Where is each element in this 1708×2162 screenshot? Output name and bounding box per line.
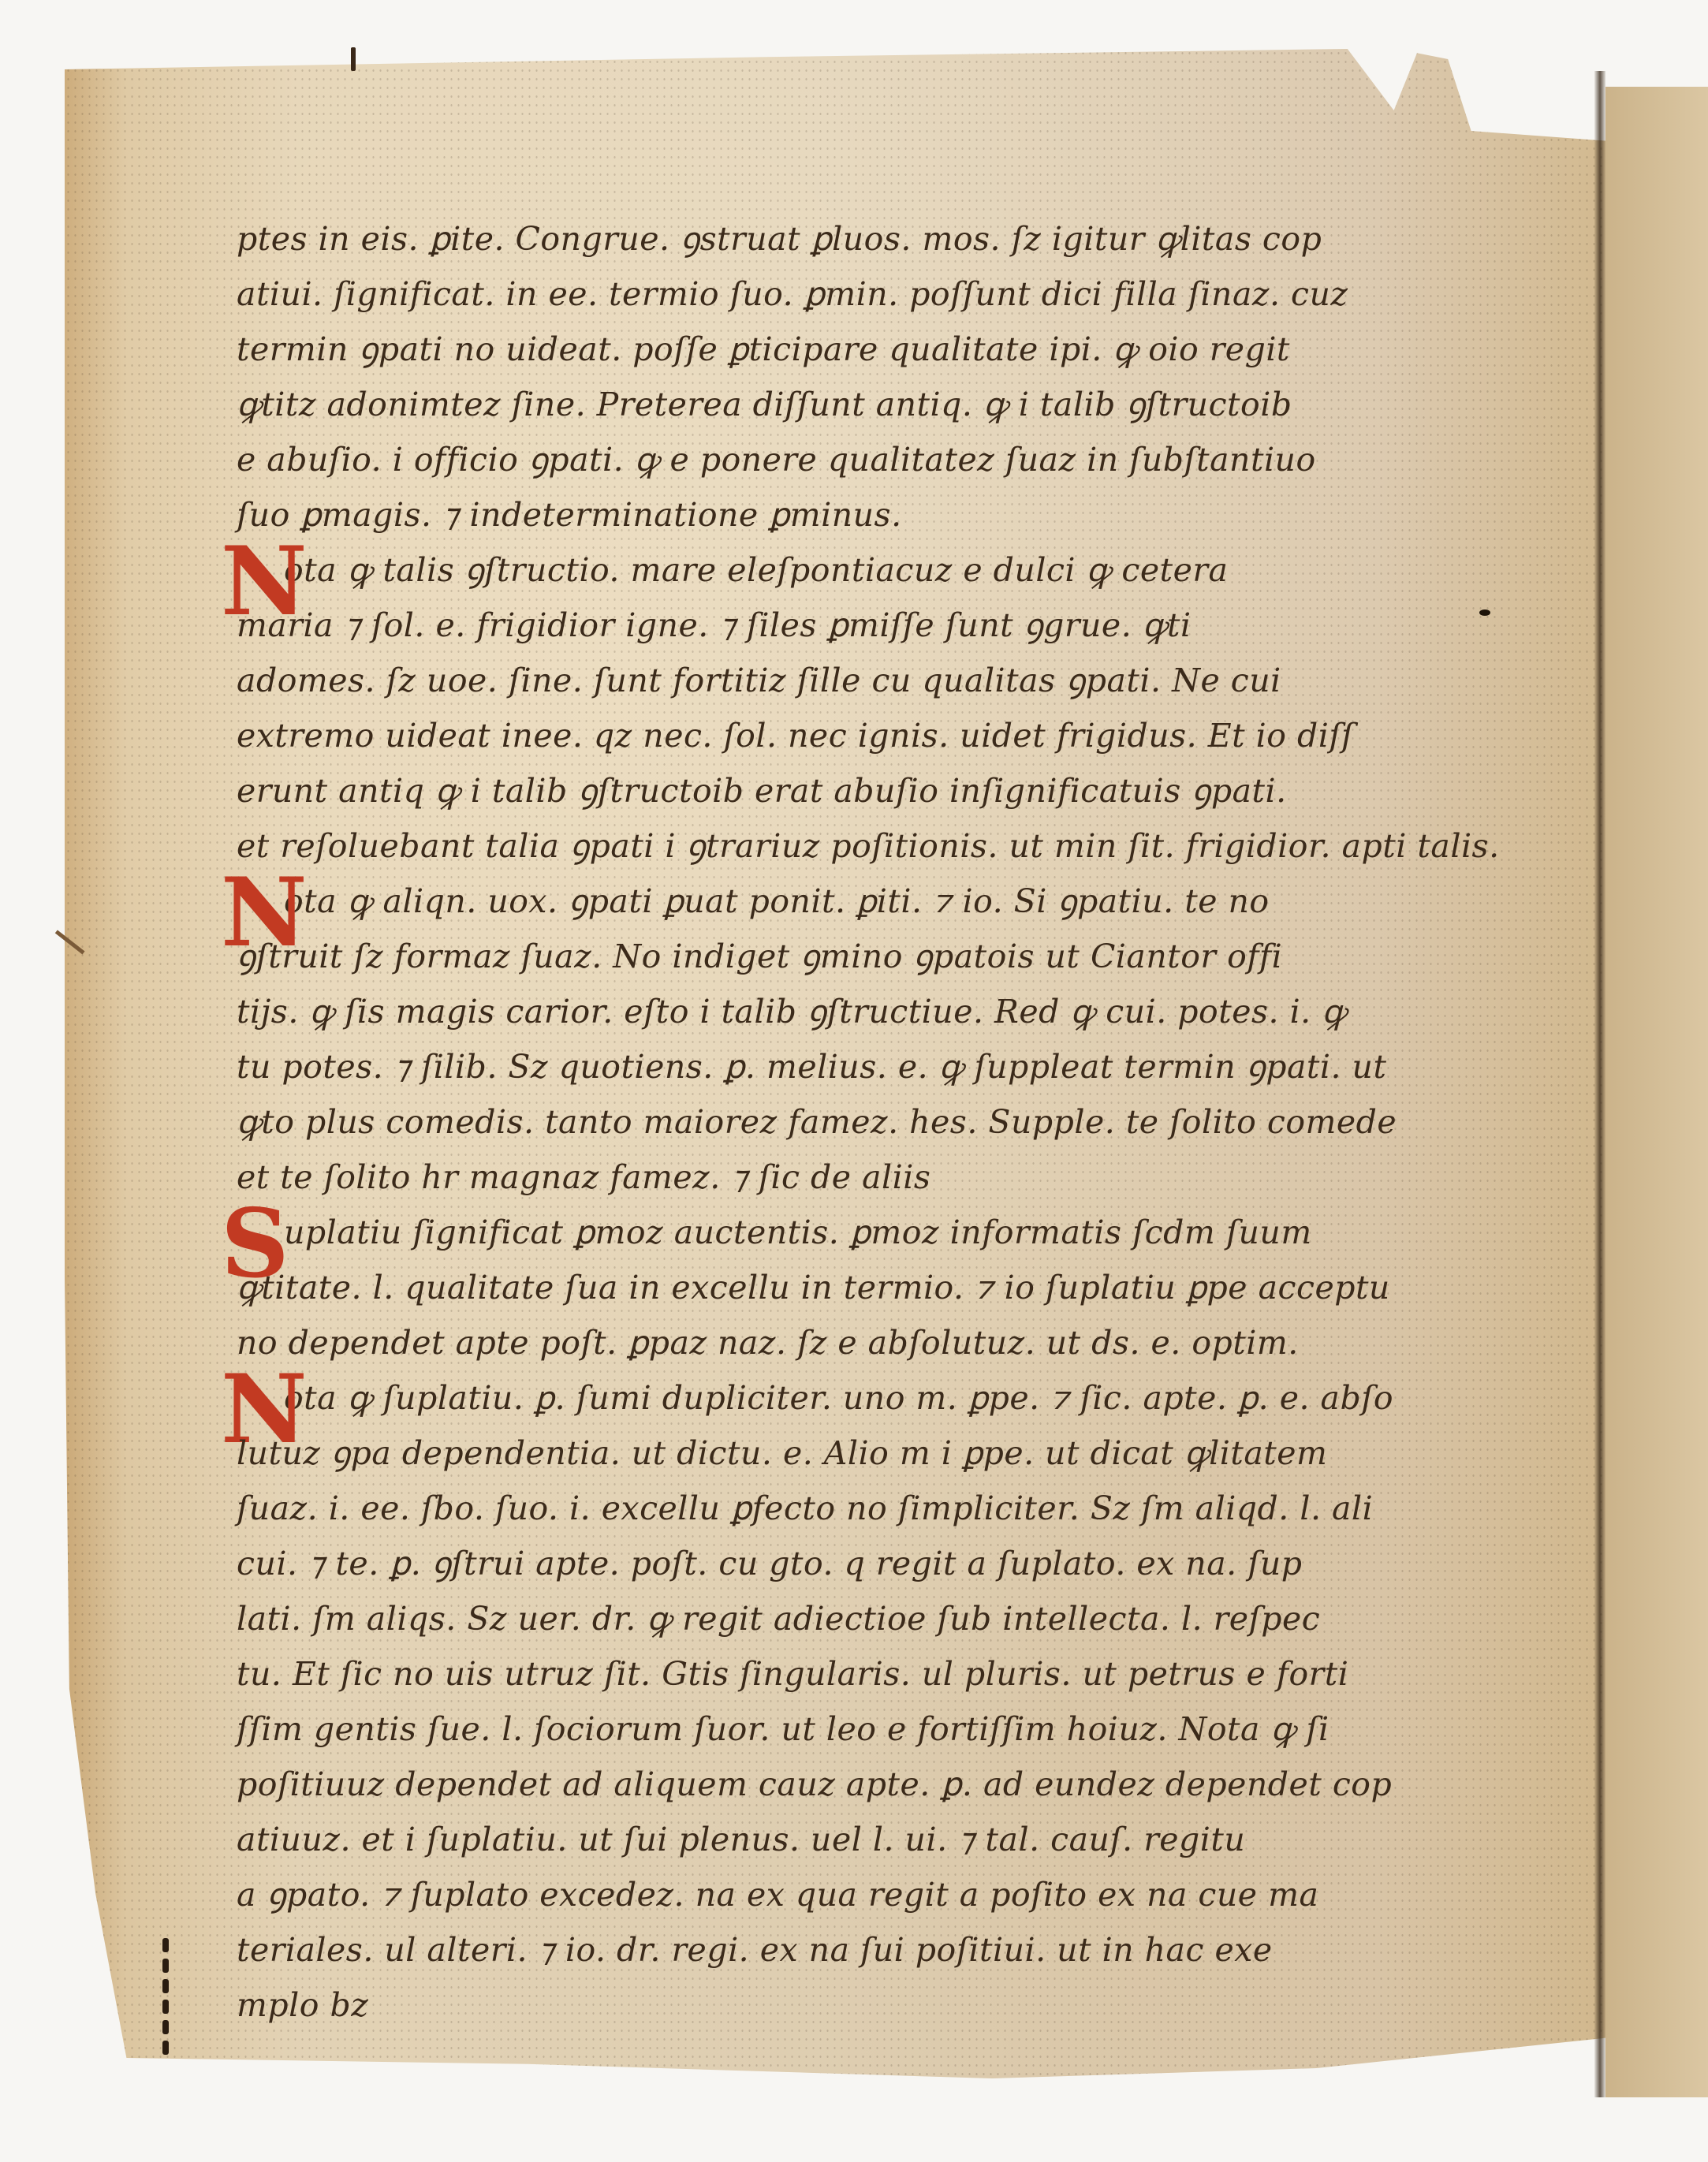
manuscript-line: ꝙtitz adonimtez ſine. Preterea diſſunt a… bbox=[237, 377, 1309, 432]
margin-mark bbox=[162, 1959, 169, 1973]
line-text: ota ꝙ talis ꝯſtructio. mare eleſpontiacu… bbox=[237, 551, 1228, 589]
margin-mark bbox=[162, 2041, 169, 2055]
manuscript-line: ꝙtitate. l. qualitate ſua in excellu in … bbox=[237, 1260, 1309, 1315]
manuscript-line: ſuaz. i. ee. ſbo. ſuo. i. excellu ꝑfecto… bbox=[237, 1481, 1309, 1536]
manuscript-line: no dependet apte poſt. ꝑpaz naz. ſz e ab… bbox=[237, 1315, 1309, 1370]
line-text: ota ꝙ aliqn. uox. ꝯpati ꝑuat ponit. ꝑiti… bbox=[237, 882, 1270, 920]
line-text: extremo uideat inee. qz nec. ſol. nec ig… bbox=[237, 717, 1354, 755]
line-text: lati. ſm aliqs. Sz uer. dr. ꝙ regit adie… bbox=[237, 1600, 1320, 1638]
manuscript-line: lutuz ꝯpa dependentia. ut dictu. e. Alio… bbox=[237, 1426, 1309, 1481]
manuscript-line: Nota ꝙ ſuplatiu. ꝑ. ſumi dupliciter. uno… bbox=[237, 1370, 1309, 1426]
line-text: ꝙtitate. l. qualitate ſua in excellu in … bbox=[237, 1269, 1390, 1307]
manuscript-line: atiui. ſignificat. in ee. termio ſuo. ꝑm… bbox=[237, 267, 1309, 322]
manuscript-text: ptes in eis. ꝑite. Congrue. ꝯstruat ꝑluo… bbox=[237, 211, 1309, 2033]
manuscript-line: Nota ꝙ aliqn. uox. ꝯpati ꝑuat ponit. ꝑit… bbox=[237, 874, 1309, 929]
manuscript-line: tu. Et ſic no uis utruz ſit. Gtis ſingul… bbox=[237, 1646, 1309, 1702]
manuscript-line: lati. ſm aliqs. Sz uer. dr. ꝙ regit adie… bbox=[237, 1591, 1309, 1646]
manuscript-line: e abuſio. i officio ꝯpati. ꝙ e ponere qu… bbox=[237, 432, 1309, 487]
line-text: atiuuz. et i ſuplatiu. ut ſui plenus. ue… bbox=[237, 1821, 1245, 1858]
margin-mark bbox=[162, 1979, 169, 1993]
line-text: erunt antiq ꝙ i talib ꝯſtructoib erat ab… bbox=[237, 772, 1287, 810]
line-text: ꝙto plus comedis. tanto maiorez famez. h… bbox=[237, 1103, 1397, 1141]
line-text: poſitiuuz dependet ad aliquem cauz apte.… bbox=[237, 1765, 1392, 1803]
manuscript-line: adomes. ſz uoe. ſine. ſunt fortitiz ſill… bbox=[237, 653, 1309, 708]
line-text: tu potes. ⁊ ſilib. Sz quotiens. ꝑ. meliu… bbox=[237, 1048, 1386, 1086]
line-text: a ꝯpato. ⁊ ſuplato excedez. na ex qua re… bbox=[237, 1876, 1318, 1914]
manuscript-line: a ꝯpato. ⁊ ſuplato excedez. na ex qua re… bbox=[237, 1867, 1309, 1922]
manuscript-line: mplo bz bbox=[237, 1977, 1309, 2033]
line-text: uplatiu ſignificat ꝑmoz auctentis. ꝑmoz … bbox=[237, 1213, 1312, 1251]
line-text: ſſim gentis ſue. l. ſociorum ſuor. ut le… bbox=[237, 1710, 1329, 1748]
manuscript-line: erunt antiq ꝙ i talib ꝯſtructoib erat ab… bbox=[237, 763, 1309, 818]
manuscript-line: tu potes. ⁊ ſilib. Sz quotiens. ꝑ. meliu… bbox=[237, 1039, 1309, 1094]
manuscript-line: termin ꝯpati no uideat. poſſe ꝑticipare … bbox=[237, 322, 1309, 377]
line-text: ſuaz. i. ee. ſbo. ſuo. i. excellu ꝑfecto… bbox=[237, 1489, 1373, 1527]
line-text: et te ſolito hr magnaz famez. ⁊ ſic de a… bbox=[237, 1158, 930, 1196]
line-text: maria ⁊ ſol. e. frigidior igne. ⁊ ſiles … bbox=[237, 606, 1191, 644]
margin-mark bbox=[162, 1938, 169, 1952]
line-text: et reſoluebant talia ꝯpati i ꝯtrariuz po… bbox=[237, 827, 1500, 865]
line-text: mplo bz bbox=[237, 1986, 368, 2024]
line-text: tu. Et ſic no uis utruz ſit. Gtis ſingul… bbox=[237, 1655, 1348, 1693]
manuscript-line: ꝙto plus comedis. tanto maiorez famez. h… bbox=[237, 1094, 1309, 1150]
line-text: e abuſio. i officio ꝯpati. ꝙ e ponere qu… bbox=[237, 441, 1316, 479]
manuscript-line: ſuo ꝑmagis. ⁊ indeterminatione ꝑminus. bbox=[237, 487, 1309, 542]
manuscript-line: maria ⁊ ſol. e. frigidior igne. ⁊ ſiles … bbox=[237, 598, 1309, 653]
manuscript-line: Suplatiu ſignificat ꝑmoz auctentis. ꝑmoz… bbox=[237, 1205, 1309, 1260]
manuscript-line: cui. ⁊ te. ꝑ. ꝯſtrui apte. poſt. cu gto.… bbox=[237, 1536, 1309, 1591]
line-text: termin ꝯpati no uideat. poſſe ꝑticipare … bbox=[237, 330, 1290, 368]
line-text: tijs. ꝙ ſis magis carior. eſto i talib ꝯ… bbox=[237, 993, 1347, 1031]
line-text: ꝯſtruit ſz formaz ſuaz. No indiget ꝯmino… bbox=[237, 937, 1282, 975]
line-text: ſuo ꝑmagis. ⁊ indeterminatione ꝑminus. bbox=[237, 496, 902, 534]
manuscript-line: atiuuz. et i ſuplatiu. ut ſui plenus. ue… bbox=[237, 1812, 1309, 1867]
line-text: teriales. ul alteri. ⁊ io. dr. regi. ex … bbox=[237, 1931, 1273, 1969]
line-text: atiui. ſignificat. in ee. termio ſuo. ꝑm… bbox=[237, 275, 1348, 313]
margin-mark bbox=[162, 2020, 169, 2034]
margin-mark bbox=[162, 2000, 169, 2014]
manuscript-line: et reſoluebant talia ꝯpati i ꝯtrariuz po… bbox=[237, 818, 1309, 874]
line-text: ptes in eis. ꝑite. Congrue. ꝯstruat ꝑluo… bbox=[237, 220, 1322, 258]
line-text: ota ꝙ ſuplatiu. ꝑ. ſumi dupliciter. uno … bbox=[237, 1379, 1393, 1417]
line-text: cui. ⁊ te. ꝑ. ꝯſtrui apte. poſt. cu gto.… bbox=[237, 1545, 1303, 1582]
binding-gutter bbox=[1594, 71, 1605, 2097]
manuscript-line: poſitiuuz dependet ad aliquem cauz apte.… bbox=[237, 1757, 1309, 1812]
manuscript-line: extremo uideat inee. qz nec. ſol. nec ig… bbox=[237, 708, 1309, 763]
ink-spot bbox=[1479, 609, 1490, 616]
margin-marks bbox=[158, 1932, 181, 2137]
line-text: adomes. ſz uoe. ſine. ſunt fortitiz ſill… bbox=[237, 662, 1281, 699]
line-text: ꝙtitz adonimtez ſine. Preterea diſſunt a… bbox=[237, 386, 1292, 423]
manuscript-line: teriales. ul alteri. ⁊ io. dr. regi. ex … bbox=[237, 1922, 1309, 1977]
manuscript-line: et te ſolito hr magnaz famez. ⁊ ſic de a… bbox=[237, 1150, 1309, 1205]
manuscript-line: tijs. ꝙ ſis magis carior. eſto i talib ꝯ… bbox=[237, 984, 1309, 1039]
line-text: lutuz ꝯpa dependentia. ut dictu. e. Alio… bbox=[237, 1434, 1327, 1472]
manuscript-line: ptes in eis. ꝑite. Congrue. ꝯstruat ꝑluo… bbox=[237, 211, 1309, 267]
line-text: no dependet apte poſt. ꝑpaz naz. ſz e ab… bbox=[237, 1324, 1299, 1362]
manuscript-line: Nota ꝙ talis ꝯſtructio. mare eleſpontiac… bbox=[237, 542, 1309, 598]
quire-mark bbox=[351, 47, 356, 71]
facing-page-edge bbox=[1605, 87, 1708, 2097]
manuscript-line: ꝯſtruit ſz formaz ſuaz. No indiget ꝯmino… bbox=[237, 929, 1309, 984]
manuscript-line: ſſim gentis ſue. l. ſociorum ſuor. ut le… bbox=[237, 1702, 1309, 1757]
